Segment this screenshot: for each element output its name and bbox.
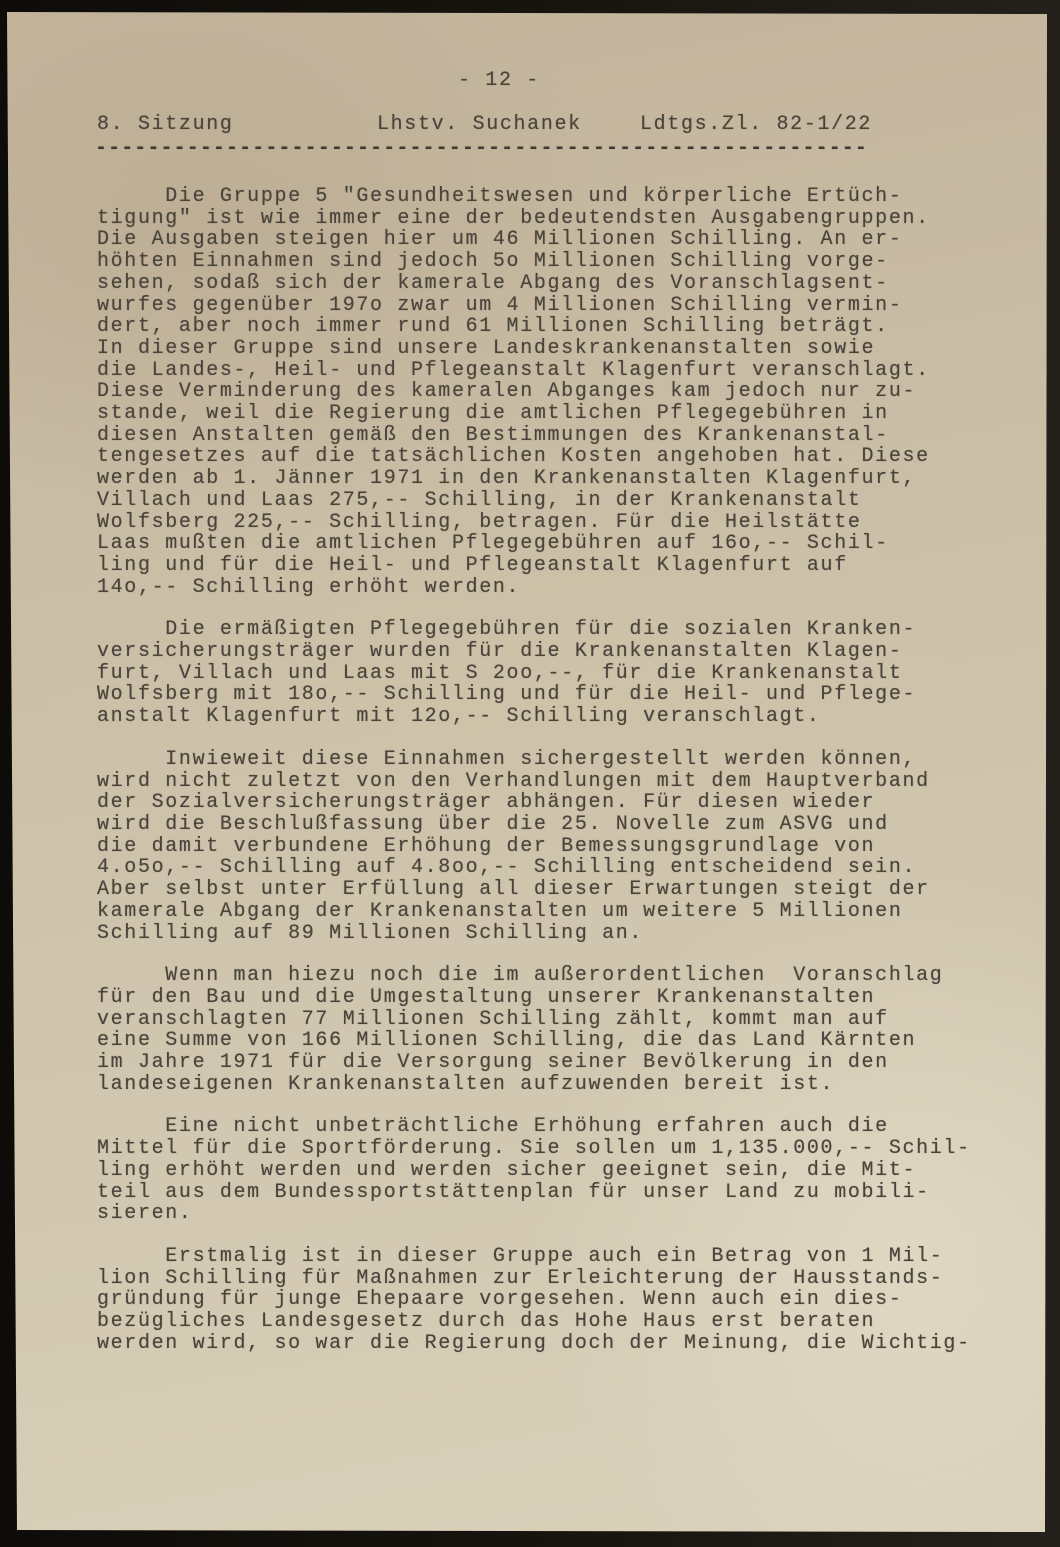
- paragraph-3: Inwieweit diese Einnahmen sichergestellt…: [97, 749, 1007, 944]
- header-reference-number: Ldtgs.Zl. 82-1/22: [640, 114, 872, 136]
- paper-sheet: - 12 - 8. Sitzung Lhstv. Suchanek Ldtgs.…: [0, 0, 1060, 1547]
- header-speaker-name: Lhstv. Suchanek: [377, 114, 582, 136]
- scanned-page: - 12 - 8. Sitzung Lhstv. Suchanek Ldtgs.…: [0, 0, 1060, 1547]
- paragraph-5: Eine nicht unbeträchtliche Erhöhung erfa…: [97, 1116, 1007, 1225]
- paragraph-1: Die Gruppe 5 "Gesundheitswesen und körpe…: [97, 186, 1007, 598]
- header-session-label: 8. Sitzung: [97, 114, 234, 136]
- document-body: Die Gruppe 5 "Gesundheitswesen und körpe…: [97, 186, 1007, 1375]
- paragraph-6: Erstmalig ist in dieser Gruppe auch ein …: [97, 1246, 1007, 1355]
- page-number: - 12 -: [458, 70, 540, 92]
- header-divider-line: ----------------------------------------…: [95, 138, 868, 160]
- paragraph-2: Die ermäßigten Pflegegebühren für die so…: [97, 619, 1007, 728]
- paragraph-4: Wenn man hiezu noch die im außerordentli…: [97, 965, 1007, 1095]
